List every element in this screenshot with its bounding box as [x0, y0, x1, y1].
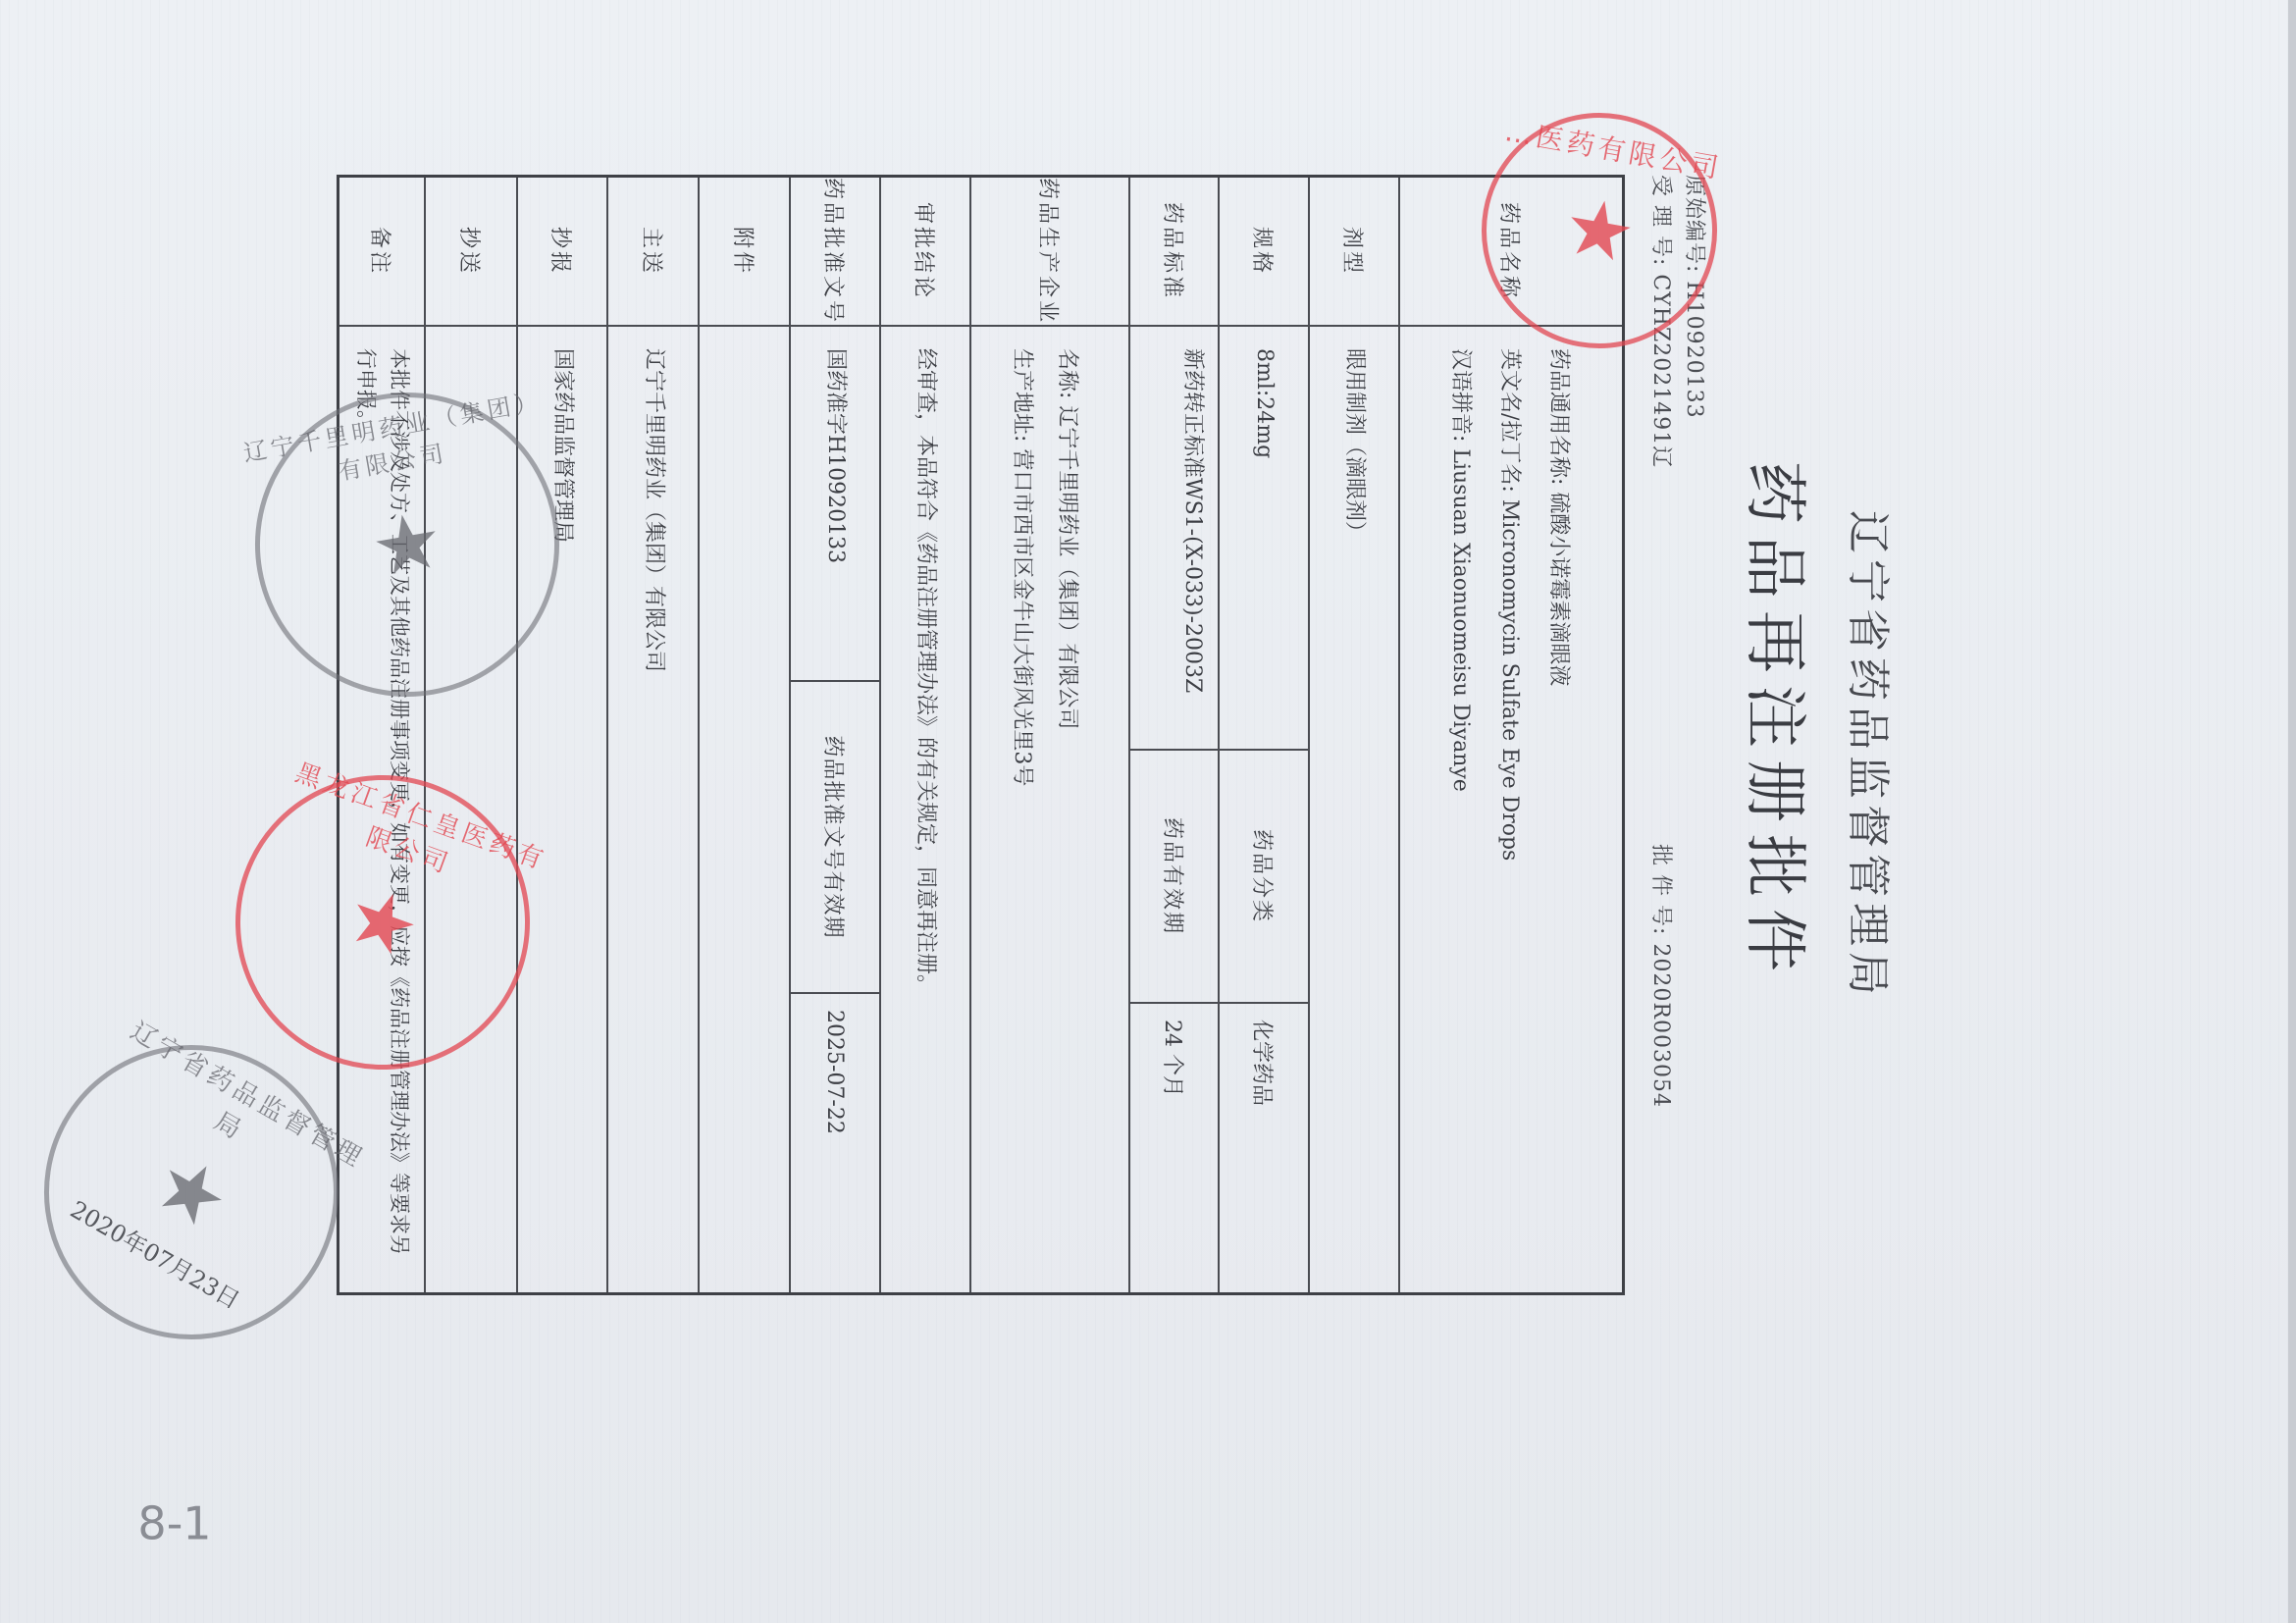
handwritten-page-mark: 8-1: [137, 1497, 211, 1550]
seal-text: 辽宁千里明药业（集团）有限公司: [238, 384, 541, 502]
value-approval-validity: 2025-07-22: [791, 994, 879, 1292]
label-drug-standard: 药品标准: [1130, 178, 1218, 327]
approval-number-value: 2020R003054: [1648, 943, 1673, 1108]
star-icon: ★: [337, 873, 430, 971]
row-copy-to: 抄送: [424, 178, 516, 1292]
label-report-to: 抄报: [518, 178, 606, 327]
manufacturer-name: 名称: 辽宁千里明药业（集团）有限公司: [1044, 348, 1089, 1271]
drug-pinyin: 汉语拼音: Liusuan Xiaonuomeisu Diyanye: [1435, 348, 1485, 1271]
row-approval-doc: 药品批准文号 国药准字H10920133 药品批准文号有效期 2025-07-2…: [789, 178, 879, 1292]
label-drug-category: 药品分类: [1220, 749, 1308, 1004]
value-approval-doc: 国药准字H10920133: [791, 327, 879, 674]
label-main-recipient: 主送: [608, 178, 698, 327]
document-page: 辽宁省药品监督管理局 药品再注册批件 原始编号: H10920133 受 理 号…: [0, 0, 2296, 1623]
row-dosage-form: 剂型 眼用制剂（滴眼剂）: [1308, 178, 1398, 1292]
label-dosage-form: 剂型: [1310, 178, 1398, 327]
label-copy-to: 抄送: [426, 178, 516, 327]
row-attachment: 附件: [698, 178, 789, 1292]
label-approval-validity: 药品批准文号有效期: [791, 680, 879, 994]
star-icon: ★: [366, 499, 449, 589]
row-manufacturer: 药品生产企业 名称: 辽宁千里明药业（集团）有限公司 生产地址: 营口市西市区金…: [969, 178, 1128, 1292]
row-remarks: 备注 本批件不涉及处方、工艺及其他药品注册事项变更，如有变更，应按《药品注册管理…: [339, 178, 424, 1292]
row-specification: 规格 8ml:24mg 药品分类 化学药品: [1218, 178, 1308, 1292]
star-icon: ★: [1558, 185, 1642, 275]
row-drug-standard: 药品标准 新药转正标准WS1-(X-033)-2003Z 药品有效期 24 个月: [1128, 178, 1218, 1292]
star-icon: ★: [141, 1140, 241, 1243]
approval-number-label: 批 件 号:: [1648, 844, 1673, 935]
drug-english-name: 英文名/拉丁名: Micronomycin Sulfate Eye Drops: [1485, 348, 1534, 1271]
drug-common-name: 药品通用名称: 硫酸小诺霉素滴眼液: [1534, 348, 1583, 1271]
label-shelf-life: 药品有效期: [1130, 749, 1218, 1004]
label-manufacturer: 药品生产企业: [971, 178, 1128, 327]
label-approval-doc: 药品批准文号: [791, 178, 879, 327]
registration-table: 药品名称 药品通用名称: 硫酸小诺霉素滴眼液 英文名/拉丁名: Micronom…: [337, 175, 1625, 1295]
manufacturer-address: 生产地址: 营口市西市区金牛山大街风光里3号: [999, 348, 1044, 1271]
approval-number: 批 件 号: 2020R003054: [1647, 844, 1678, 1108]
value-dosage-form: 眼用制剂（滴眼剂）: [1310, 327, 1398, 1292]
value-specification: 8ml:24mg: [1220, 327, 1308, 743]
row-main-recipient: 主送 辽宁千里明药业（集团）有限公司: [606, 178, 698, 1292]
value-shelf-life: 24 个月: [1130, 1004, 1218, 1292]
seal-text: …医药有限公司: [1499, 110, 1728, 187]
row-report-to: 抄报 国家药品监督管理局: [516, 178, 606, 1292]
row-conclusion: 审批结论 经审查，本品符合《药品注册管理办法》的有关规定，同意再注册。: [879, 178, 969, 1292]
label-remarks: 备注: [339, 178, 424, 327]
label-attachment: 附件: [700, 178, 789, 327]
value-main-recipient: 辽宁千里明药业（集团）有限公司: [608, 327, 698, 1292]
label-specification: 规格: [1220, 178, 1308, 327]
document-title: 药品再注册批件: [1735, 461, 1825, 983]
value-manufacturer: 名称: 辽宁千里明药业（集团）有限公司 生产地址: 营口市西市区金牛山大街风光里…: [971, 327, 1128, 1292]
value-drug-name: 药品通用名称: 硫酸小诺霉素滴眼液 英文名/拉丁名: Micronomycin …: [1400, 327, 1622, 1292]
issuing-organization: 辽宁省药品监督管理局: [1841, 510, 1904, 1001]
value-drug-category: 化学药品: [1220, 1004, 1308, 1292]
value-attachment: [700, 327, 789, 1292]
value-drug-standard: 新药转正标准WS1-(X-033)-2003Z: [1130, 327, 1218, 743]
label-conclusion: 审批结论: [881, 178, 969, 327]
value-conclusion: 经审查，本品符合《药品注册管理办法》的有关规定，同意再注册。: [881, 327, 969, 1292]
